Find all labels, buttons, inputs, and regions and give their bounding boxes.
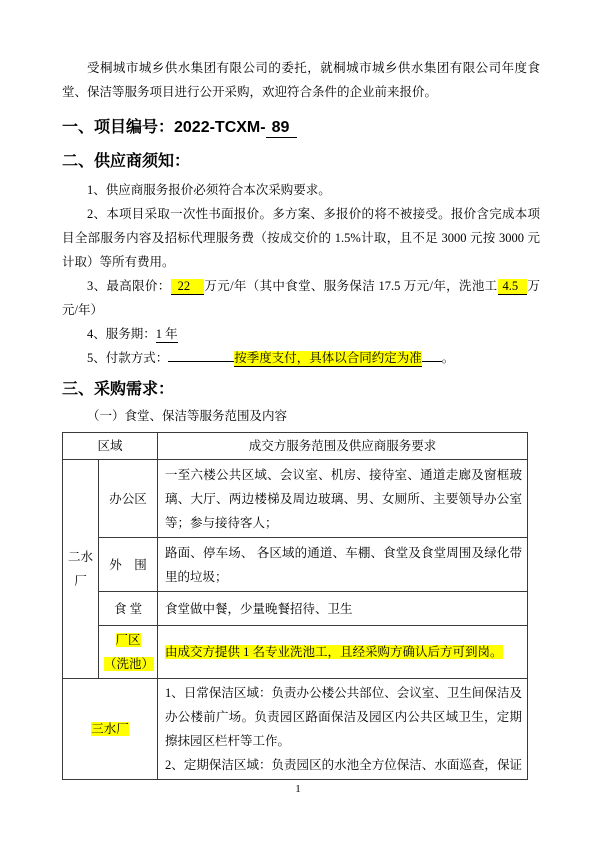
plant2-content-line-1: 1、日常保洁区域：负责办公楼公共部位、会议室、卫生间保洁及办公楼前广场。负责园区…	[165, 681, 522, 753]
table-row-sink: 厂区（洗池） 由成交方提供 1 名专业洗池工，且经采购方确认后方可到岗。	[63, 626, 528, 679]
heading-project-number: 一、项目编号：2022-TCXM-89	[62, 116, 540, 140]
area-outer-label: 外 围	[99, 538, 158, 592]
table-row-plant2: 三水厂 1、日常保洁区域：负责办公楼公共部位、会议室、卫生间保洁及办公楼前广场。…	[63, 679, 528, 780]
table-header-area: 区域	[63, 433, 158, 460]
notice-item-2: 2、本项目采取一次性书面报价。多方案、多报价的将不被接受。报价含完成本项目全部服…	[62, 202, 540, 274]
payment-period-mark: 。	[442, 351, 455, 365]
plant2-content: 1、日常保洁区域：负责办公楼公共部位、会议室、卫生间保洁及办公楼前广场。负责园区…	[165, 681, 522, 777]
area-sink-label-text: 厂区（洗池）	[104, 633, 154, 671]
area-office-content: 一至六楼公共区域、会议室、机房、接待室、通道走廊及窗框玻璃、大厅、两边楼梯及周边…	[158, 460, 528, 538]
plant2-content-cell: 1、日常保洁区域：负责办公楼公共部位、会议室、卫生间保洁及办公楼前广场。负责园区…	[158, 679, 528, 780]
notice-item-1: 1、供应商服务报价必须符合本次采购要求。	[62, 178, 540, 202]
table-row-outer: 外 围 路面、停车场、 各区域的通道、车棚、食堂及食堂周围及绿化带里的垃圾；	[63, 538, 528, 592]
page-number: 1	[0, 782, 596, 796]
heading-procurement-demand: 三、采购需求：	[62, 378, 540, 402]
area-sink-content-text: 由成交方提供 1 名专业洗池工，且经采购方确认后方可到岗。	[165, 645, 503, 659]
payment-method-value: 按季度支付，具体以合同约定为准	[234, 351, 422, 367]
max-price-mid-text: 万元/年（其中食堂、服务保洁 17.5 万元/年，洗池工	[204, 279, 497, 293]
max-price-label: 3、最高限价：	[87, 279, 171, 293]
plant1-name-cell: 二水厂	[63, 460, 99, 679]
area-office-label: 办公区	[99, 460, 158, 538]
plant2-content-line-2: 2、定期保洁区域：负责园区的水池全方位保洁、水面巡查，保证水	[165, 753, 522, 777]
area-sink-content: 由成交方提供 1 名专业洗池工，且经采购方确认后方可到岗。	[158, 626, 528, 679]
heading-supplier-notice: 二、供应商须知：	[62, 150, 540, 174]
document-page: 受桐城市城乡供水集团有限公司的委托，就桐城市城乡供水集团有限公司年度食堂、保洁等…	[0, 0, 600, 848]
max-price-total-value: 22	[171, 279, 205, 295]
area-outer-content: 路面、停车场、 各区域的通道、车棚、食堂及食堂周围及绿化带里的垃圾；	[158, 538, 528, 592]
payment-blank-right	[422, 348, 442, 362]
table-row-canteen: 食 堂 食堂做中餐，少量晚餐招待、卫生	[63, 592, 528, 626]
notice-item-4: 4、服务期：1 年	[62, 322, 540, 346]
area-canteen-content: 食堂做中餐，少量晚餐招待、卫生	[158, 592, 528, 626]
notice-item-5: 5、付款方式：按季度支付，具体以合同约定为准。	[62, 346, 540, 370]
service-period-value: 1 年	[156, 327, 178, 343]
payment-method-label: 5、付款方式：	[87, 351, 168, 365]
payment-blank-left	[168, 348, 234, 362]
plant2-name-cell: 三水厂	[63, 679, 158, 780]
subheading-service-scope: （一）食堂、保洁等服务范围及内容	[62, 404, 540, 428]
notice-item-3: 3、最高限价：22万元/年（其中食堂、服务保洁 17.5 万元/年，洗池工4.5…	[62, 274, 540, 322]
max-price-sink-value: 4.5	[498, 279, 528, 295]
area-canteen-label: 食 堂	[99, 592, 158, 626]
project-number-prefix: 一、项目编号：2022-TCXM-	[62, 119, 266, 136]
table-row-office: 二水厂 办公区 一至六楼公共区域、会议室、机房、接待室、通道走廊及窗框玻璃、大厅…	[63, 460, 528, 538]
service-period-label: 4、服务期：	[87, 327, 156, 341]
plant2-name-text: 三水厂	[91, 722, 129, 736]
document-content: 受桐城市城乡供水集团有限公司的委托，就桐城市城乡供水集团有限公司年度食堂、保洁等…	[62, 56, 540, 780]
table-header-row: 区域 成交方服务范围及供应商服务要求	[63, 433, 528, 460]
intro-paragraph: 受桐城市城乡供水集团有限公司的委托，就桐城市城乡供水集团有限公司年度食堂、保洁等…	[62, 56, 540, 104]
service-scope-table: 区域 成交方服务范围及供应商服务要求 二水厂 办公区 一至六楼公共区域、会议室、…	[62, 432, 528, 780]
area-sink-label: 厂区（洗池）	[99, 626, 158, 679]
project-number-value: 89	[266, 119, 298, 138]
table-header-requirements: 成交方服务范围及供应商服务要求	[158, 433, 528, 460]
